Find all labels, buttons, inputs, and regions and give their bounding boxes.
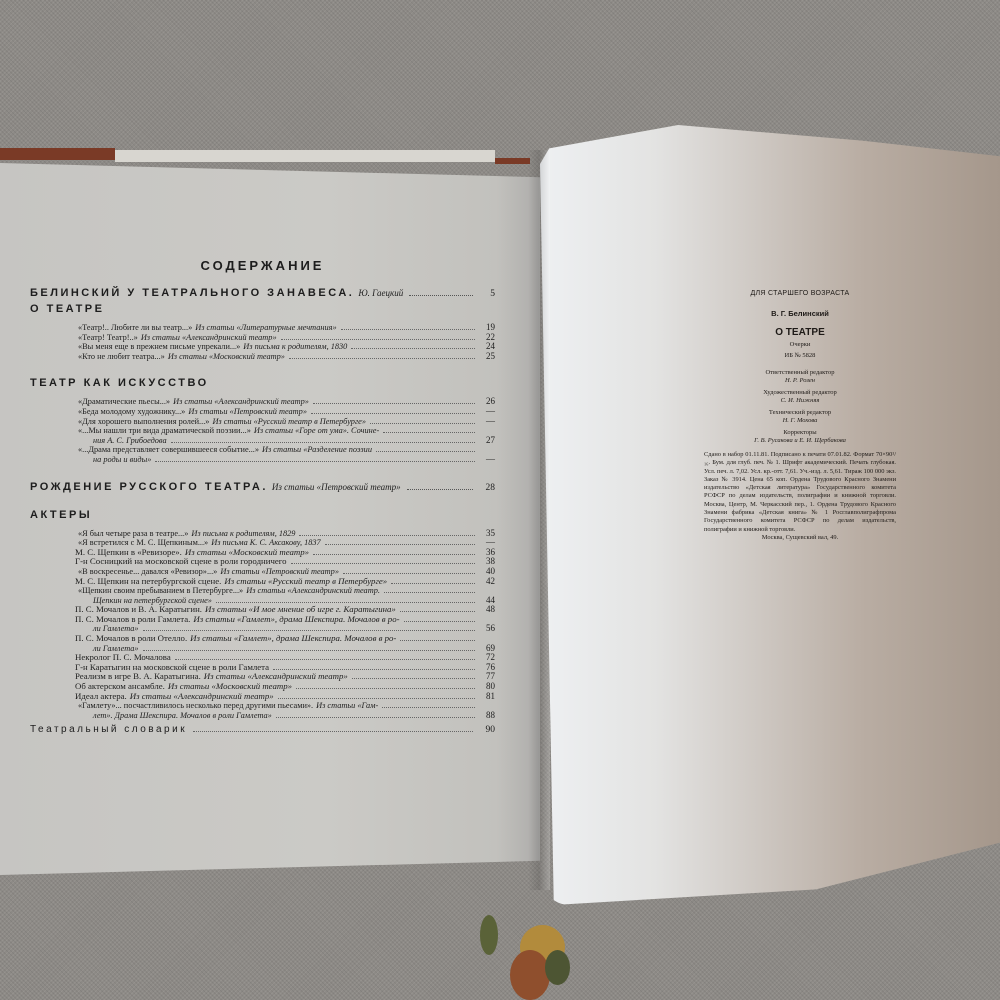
staff-role: Художественный редактор — [700, 389, 900, 397]
toc-entry-continuation: ния А. С. Грибоедова27 — [30, 436, 495, 446]
toc-intro: БЕЛИНСКИЙ У ТЕАТРАЛЬНОГО ЗАНАВЕСА. Ю. Га… — [30, 287, 495, 299]
book-cover-edge — [0, 148, 115, 160]
toc-section-entries: «Я был четыре раза в театре...»Из письма… — [30, 529, 495, 721]
toc-entry: «...Драма представляет совершившееся соб… — [30, 445, 495, 455]
toc-entry: «Драматические пьесы...»Из статьи «Алекс… — [30, 397, 495, 407]
toc-title: СОДЕРЖАНИЕ — [30, 258, 495, 273]
staff-role: Технический редактор — [700, 409, 900, 417]
toc-entry: «Гамлету»... посчастливилось несколько п… — [30, 701, 495, 711]
toc-entry: «Театр! Театр!..»Из статьи «Александринс… — [30, 333, 495, 343]
staff-name: С. И. Нижняя — [700, 397, 900, 405]
toc-section-heading: АКТЕРЫ — [30, 509, 495, 521]
toc-dictionary: Театральный словарик 90 — [30, 724, 495, 735]
tablecloth-flower-pattern — [490, 905, 600, 1000]
book-gutter — [528, 150, 550, 890]
book-author: В. Г. Белинский — [700, 309, 900, 318]
toc-entry: «Беда молодому художнику...»Из статьи «П… — [30, 407, 495, 417]
toc-entry: «Щепкин своим пребыванием в Петербурге..… — [30, 586, 495, 596]
staff-role: Корректоры — [700, 429, 900, 437]
publication-details: Сдано в набор 01.11.81. Подписано к печа… — [700, 451, 900, 534]
toc-section-heading: О ТЕАТРЕ — [30, 303, 495, 315]
book-genre: Очерки — [700, 341, 900, 348]
toc-entry-continuation: на роды и виды»— — [30, 455, 495, 465]
staff-name: Г. В. Русакова и Е. И. Щербакова — [700, 437, 900, 445]
toc-entry: «Театр!.. Любите ли вы театр...»Из стать… — [30, 323, 495, 333]
toc-entry: «Для хорошего выполнения ролей...»Из ста… — [30, 417, 495, 427]
toc-entry: «Я был четыре раза в театре...»Из письма… — [30, 529, 495, 539]
toc-entry: Идеал актера.Из статьи «Александринский … — [30, 692, 495, 702]
toc-entry: П. С. Мочалов в роли Отелло.Из статьи «Г… — [30, 634, 495, 644]
table-of-contents: СОДЕРЖАНИЕ БЕЛИНСКИЙ У ТЕАТРАЛЬНОГО ЗАНА… — [30, 258, 495, 735]
staff-name: Н. Р. Розен — [700, 377, 900, 385]
toc-section-entries: «Драматические пьесы...»Из статьи «Алекс… — [30, 397, 495, 464]
toc-entry: Г-н Сосницкий на московской сцене в роли… — [30, 557, 495, 567]
toc-entry: П. С. Мочалов в роли Гамлета.Из статьи «… — [30, 615, 495, 625]
toc-section-heading: ТЕАТР КАК ИСКУССТВО — [30, 377, 495, 389]
staff-name: Н. Г. Мохова — [700, 417, 900, 425]
toc-entry: «Вы меня еще в прежнем письме упрекали..… — [30, 342, 495, 352]
toc-entry: «Кто не любит театра...»Из статьи «Моско… — [30, 352, 495, 362]
book-cover-edge — [495, 158, 530, 164]
toc-section-birth: РОЖДЕНИЕ РУССКОГО ТЕАТРА. Из статьи «Пет… — [30, 481, 495, 493]
book-title: О ТЕАТРЕ — [700, 327, 900, 338]
book-endpaper-edge — [115, 150, 495, 162]
toc-entry: М. С. Щепкин на петербургской сцене.Из с… — [30, 577, 495, 587]
colophon: ДЛЯ СТАРШЕГО ВОЗРАСТА В. Г. Белинский О … — [700, 290, 900, 541]
toc-entry: «...Мы нашли три вида драматической поэз… — [30, 426, 495, 436]
toc-entry-continuation: лет». Драма Шекспира. Мочалов в роли Гам… — [30, 711, 495, 721]
toc-section-entries: «Театр!.. Любите ли вы театр...»Из стать… — [30, 323, 495, 361]
staff-role: Ответственный редактор — [700, 369, 900, 377]
publisher-address: Москва, Сущевский вал, 49. — [700, 534, 900, 541]
ib-number: ИБ № 5828 — [700, 352, 900, 359]
audience-label: ДЛЯ СТАРШЕГО ВОЗРАСТА — [700, 290, 900, 297]
